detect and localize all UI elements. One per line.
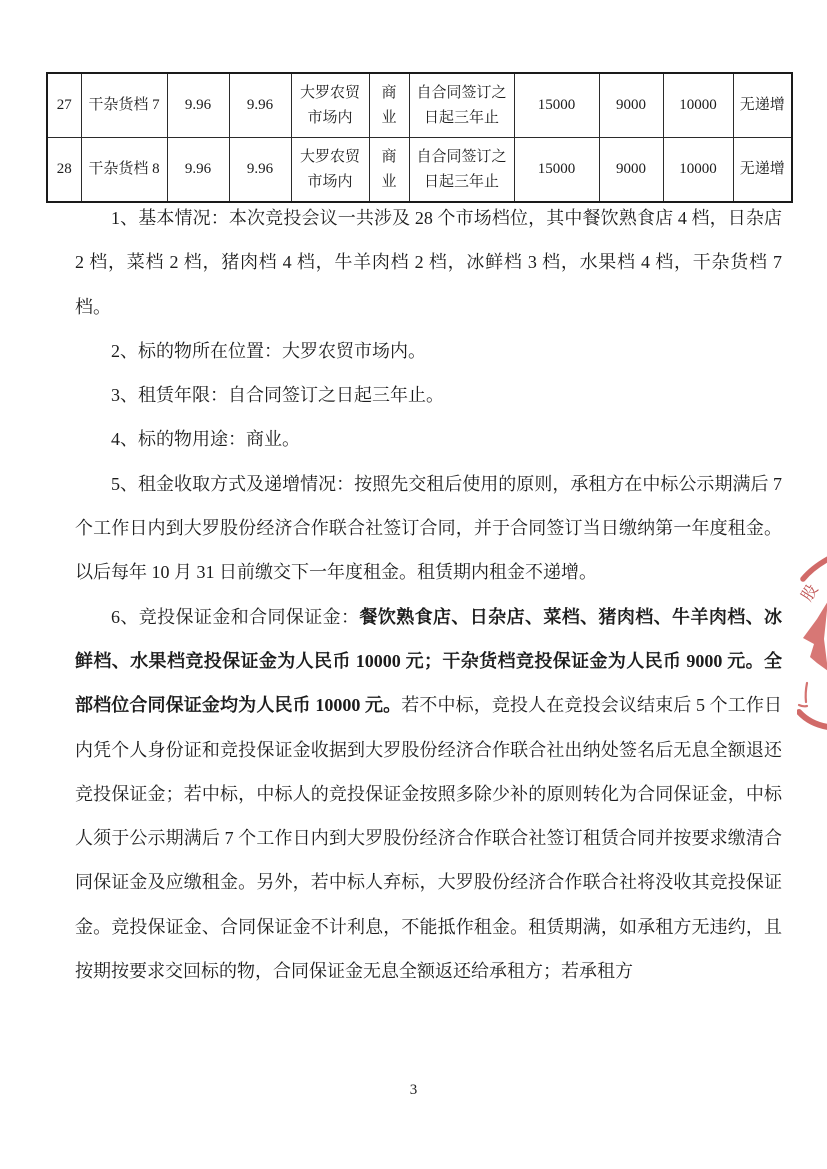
seal-squiggle [799,683,807,706]
cell-lease-term: 自合同签订之日起三年止 [409,138,514,203]
cell-location: 大罗农贸市场内 [291,73,369,138]
seal-ring-bottom-arc [799,712,827,727]
seal-ring-top-arc [803,559,827,579]
table-row: 27 干杂货档 7 9.96 9.96 大罗农贸市场内 商业 自合同签订之日起三… [47,73,792,138]
cell-contract-deposit: 10000 [663,138,733,203]
cell-rent: 15000 [514,73,599,138]
cell-bid-deposit: 9000 [599,73,663,138]
paragraph-4: 4、标的物用途：商业。 [75,417,782,461]
red-seal-stamp: 股 [797,545,827,745]
seal-char: 股 [798,581,822,604]
cell-usage: 商业 [369,138,409,203]
paragraph-6-label: 6、竞投保证金和合同保证金： [111,607,359,627]
cell-area: 9.96 [167,138,229,203]
cell-usage: 商业 [369,73,409,138]
page-number: 3 [0,1082,827,1099]
cell-lease-term: 自合同签订之日起三年止 [409,73,514,138]
cell-contract-deposit: 10000 [663,73,733,138]
paragraph-6-rest: 若不中标，竞投人在竞投会议结束后 5 个工作日内凭个人身份证和竞投保证金收据到大… [75,695,782,981]
stall-table: 27 干杂货档 7 9.96 9.96 大罗农贸市场内 商业 自合同签订之日起三… [46,72,793,203]
cell-bid-deposit: 9000 [599,138,663,203]
paragraph-2: 2、标的物所在位置：大罗农贸市场内。 [75,329,782,373]
paragraph-1: 1、基本情况：本次竞投会议一共涉及 28 个市场档位，其中餐饮熟食店 4 档，日… [75,196,782,329]
cell-rent: 15000 [514,138,599,203]
table-row: 28 干杂货档 8 9.96 9.96 大罗农贸市场内 商业 自合同签订之日起三… [47,138,792,203]
cell-stall-name: 干杂货档 8 [81,138,167,203]
cell-area-2: 9.96 [229,73,291,138]
cell-row-number: 27 [47,73,81,138]
cell-area: 9.96 [167,73,229,138]
paragraph-3: 3、租赁年限：自合同签订之日起三年止。 [75,373,782,417]
cell-stall-name: 干杂货档 7 [81,73,167,138]
cell-area-2: 9.96 [229,138,291,203]
paragraph-5: 5、租金收取方式及递增情况：按照先交租后使用的原则，承租方在中标公示期满后 7 … [75,462,782,595]
cell-row-number: 28 [47,138,81,203]
cell-increase: 无递增 [733,138,792,203]
cell-increase: 无递增 [733,73,792,138]
seal-star-fragment [803,601,827,671]
document-page: 27 干杂货档 7 9.96 9.96 大罗农贸市场内 商业 自合同签订之日起三… [0,0,827,1169]
cell-location: 大罗农贸市场内 [291,138,369,203]
paragraph-6: 6、竞投保证金和合同保证金：餐饮熟食店、日杂店、菜档、猪肉档、牛羊肉档、冰鲜档、… [75,595,782,994]
document-body: 1、基本情况：本次竞投会议一共涉及 28 个市场档位，其中餐饮熟食店 4 档，日… [75,196,782,993]
